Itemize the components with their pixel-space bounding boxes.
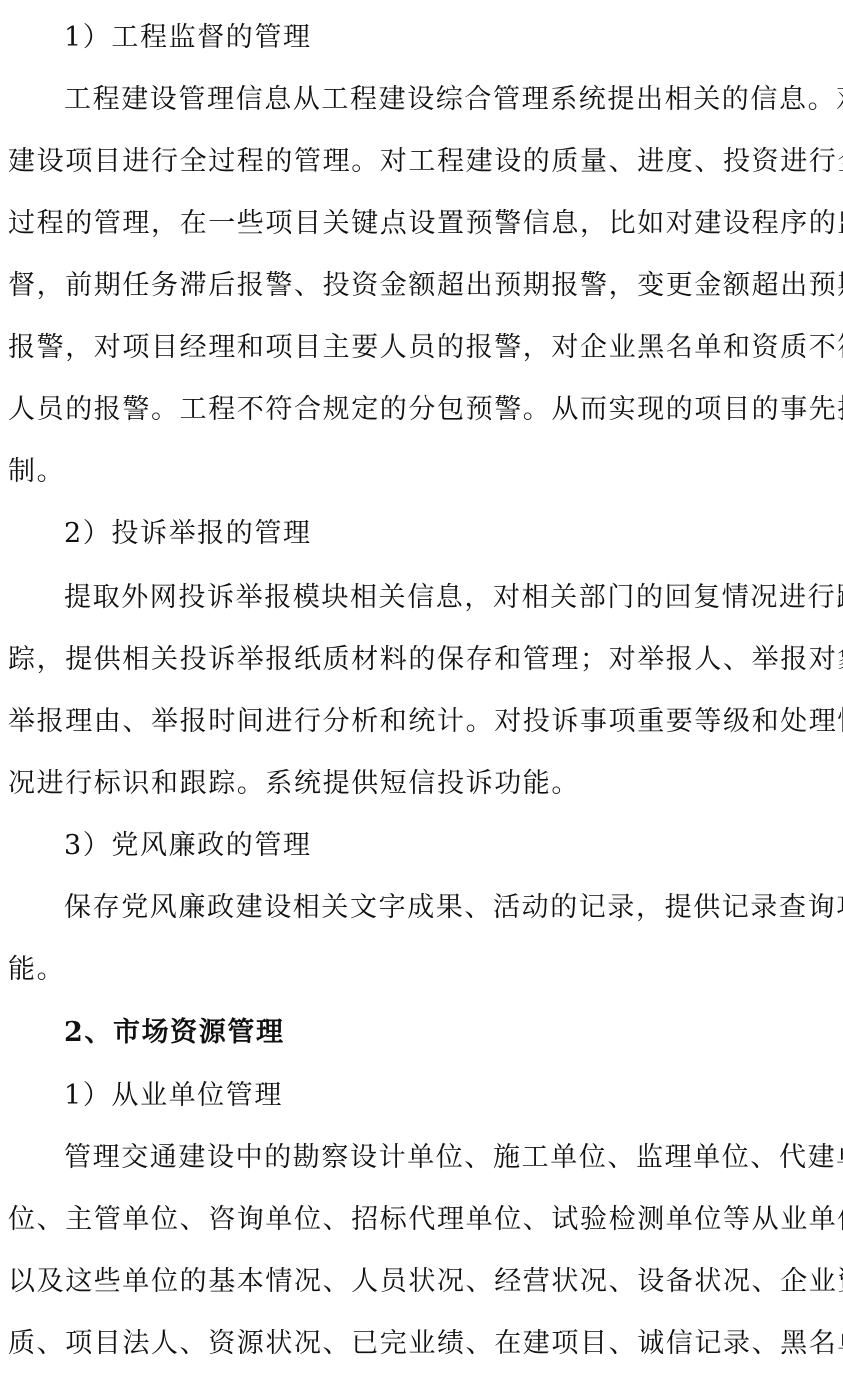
section-heading-complaints: 2）投诉举报的管理 bbox=[64, 514, 838, 554]
paragraph-line: 督，前期任务滞后报警、投资金额超出预期报警，变更金额超出预期 bbox=[8, 266, 838, 306]
paragraph-line: 工程建设管理信息从工程建设综合管理系统提出相关的信息。对 bbox=[64, 80, 838, 120]
paragraph-line: 报警，对项目经理和项目主要人员的报警，对企业黑名单和资质不符 bbox=[8, 328, 838, 368]
paragraph-line: 能。 bbox=[8, 950, 838, 990]
paragraph-line: 制。 bbox=[8, 452, 838, 492]
paragraph-line: 举报理由、举报时间进行分析和统计。对投诉事项重要等级和处理情 bbox=[8, 702, 838, 742]
paragraph-line: 况进行标识和跟踪。系统提供短信投诉功能。 bbox=[8, 764, 838, 804]
paragraph-line: 建设项目进行全过程的管理。对工程建设的质量、进度、投资进行全 bbox=[8, 142, 838, 182]
paragraph-line: 以及这些单位的基本情况、人员状况、经营状况、设备状况、企业资 bbox=[8, 1262, 838, 1302]
paragraph-line: 人员的报警。工程不符合规定的分包预警。从而实现的项目的事先控 bbox=[8, 390, 838, 430]
paragraph-line: 过程的管理，在一些项目关键点设置预警信息，比如对建设程序的监 bbox=[8, 204, 838, 244]
paragraph-line: 踪，提供相关投诉举报纸质材料的保存和管理；对举报人、举报对象、 bbox=[8, 640, 838, 680]
paragraph-line: 位、主管单位、咨询单位、招标代理单位、试验检测单位等从业单位， bbox=[8, 1200, 838, 1240]
paragraph-line: 提取外网投诉举报模块相关信息，对相关部门的回复情况进行跟 bbox=[64, 578, 838, 618]
paragraph-line: 管理交通建设中的勘察设计单位、施工单位、监理单位、代建单 bbox=[64, 1138, 838, 1178]
paragraph-line: 质、项目法人、资源状况、已完业绩、在建项目、诚信记录、黑名单 bbox=[8, 1324, 838, 1364]
section-heading-practitioner-units: 1）从业单位管理 bbox=[64, 1076, 838, 1116]
paragraph-line: 保存党风廉政建设相关文字成果、活动的记录，提供记录查询功 bbox=[64, 888, 838, 928]
section-heading-integrity: 3）党风廉政的管理 bbox=[64, 826, 838, 866]
chapter-heading-market-resources: 2、市场资源管理 bbox=[64, 1013, 838, 1053]
section-heading-supervision: 1）工程监督的管理 bbox=[64, 18, 838, 58]
